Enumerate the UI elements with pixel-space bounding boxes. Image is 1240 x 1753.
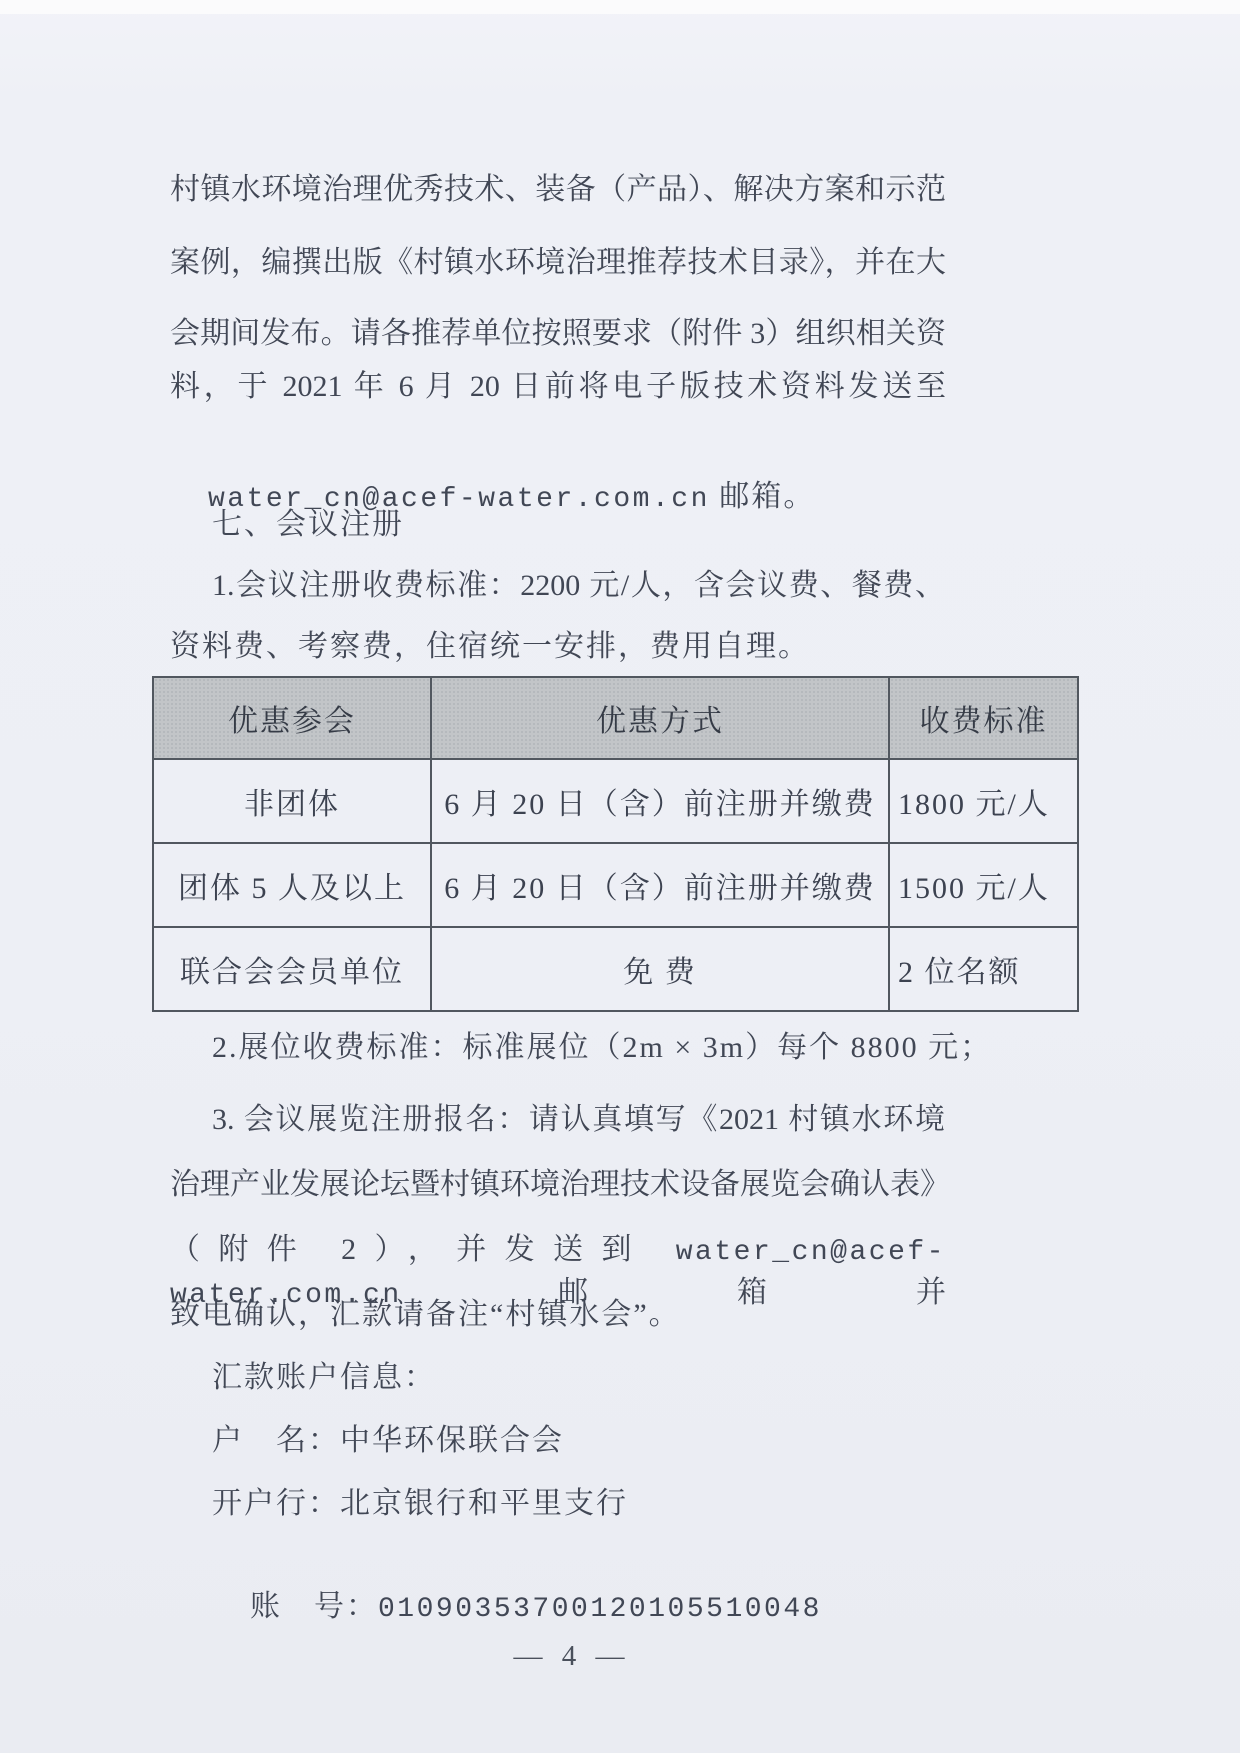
fee-table-cell: 联合会会员单位 bbox=[153, 927, 431, 1011]
fee-table-cell: 团体 5 人及以上 bbox=[153, 843, 431, 927]
account-number-value: 01090353700120105510048 bbox=[378, 1594, 822, 1625]
intro-line-4: 料，于 2021 年 6 月 20 日前将电子版技术资料发送至 bbox=[170, 367, 946, 407]
bank-line: 开户行：北京银行和平里支行 bbox=[212, 1484, 628, 1524]
scan-edge-highlight bbox=[0, 0, 1240, 14]
account-name-line: 户 名：中华环保联合会 bbox=[212, 1421, 564, 1461]
intro-line-2: 案例，编撰出版《村镇水环境治理推荐技术目录》，并在大 bbox=[170, 243, 946, 283]
fee-table-header-row: 优惠参会 优惠方式 收费标准 bbox=[153, 677, 1078, 759]
booth-fee-line: 2.展位收费标准：标准展位（2m × 3m）每个 8800 元； bbox=[212, 1028, 992, 1068]
fee-table-cell: 1500 元/人 bbox=[889, 843, 1078, 927]
fee-table-header-standard: 收费标准 bbox=[889, 677, 1078, 759]
fee-table-header-participant: 优惠参会 bbox=[153, 677, 431, 759]
section-heading: 七、会议注册 bbox=[212, 505, 404, 545]
fee-table-cell: 1800 元/人 bbox=[889, 759, 1078, 843]
fee-table-row-member: 联合会会员单位 免 费 2 位名额 bbox=[153, 927, 1078, 1011]
fee-table: 优惠参会 优惠方式 收费标准 非团体 6 月 20 日（含）前注册并缴费 180… bbox=[152, 676, 1079, 1012]
fee-table-row-group: 团体 5 人及以上 6 月 20 日（含）前注册并缴费 1500 元/人 bbox=[153, 843, 1078, 927]
intro-line-1: 村镇水环境治理优秀技术、装备（产品）、解决方案和示范 bbox=[170, 170, 946, 210]
account-number-label: 账 号： bbox=[250, 1590, 378, 1623]
fee-table-cell: 非团体 bbox=[153, 759, 431, 843]
fee-table-cell: 6 月 20 日（含）前注册并缴费 bbox=[431, 843, 889, 927]
fee-table-cell: 6 月 20 日（含）前注册并缴费 bbox=[431, 759, 889, 843]
exhibition-reg-line-4: 致电确认，汇款请备注“村镇水会”。 bbox=[170, 1295, 681, 1335]
intro-line-3: 会期间发布。请各推荐单位按照要求（附件 3）组织相关资 bbox=[170, 314, 946, 354]
remittance-title: 汇款账户信息： bbox=[212, 1358, 436, 1398]
registration-fee-line-1: 1.会议注册收费标准：2200 元/人，含会议费、餐费、 bbox=[212, 566, 945, 606]
fee-table-cell: 2 位名额 bbox=[889, 927, 1078, 1011]
fee-table-cell: 免 费 bbox=[431, 927, 889, 1011]
attachment-text: （附件 2），并发送到 bbox=[170, 1233, 676, 1266]
document-page: 村镇水环境治理优秀技术、装备（产品）、解决方案和示范 案例，编撰出版《村镇水环境… bbox=[0, 0, 1240, 1753]
email-suffix-text: 邮箱。 bbox=[710, 480, 816, 513]
page-number: — 4 — bbox=[0, 1640, 1144, 1673]
fee-table-row-non-group: 非团体 6 月 20 日（含）前注册并缴费 1800 元/人 bbox=[153, 759, 1078, 843]
fee-table-header-method: 优惠方式 bbox=[431, 677, 889, 759]
registration-fee-line-2: 资料费、考察费，住宿统一安排，费用自理。 bbox=[170, 627, 810, 667]
exhibition-reg-line-2: 治理产业发展论坛暨村镇环境治理技术设备展览会确认表》 bbox=[170, 1165, 946, 1205]
exhibition-reg-line-1: 3. 会议展览注册报名：请认真填写《2021 村镇水环境 bbox=[212, 1100, 945, 1140]
